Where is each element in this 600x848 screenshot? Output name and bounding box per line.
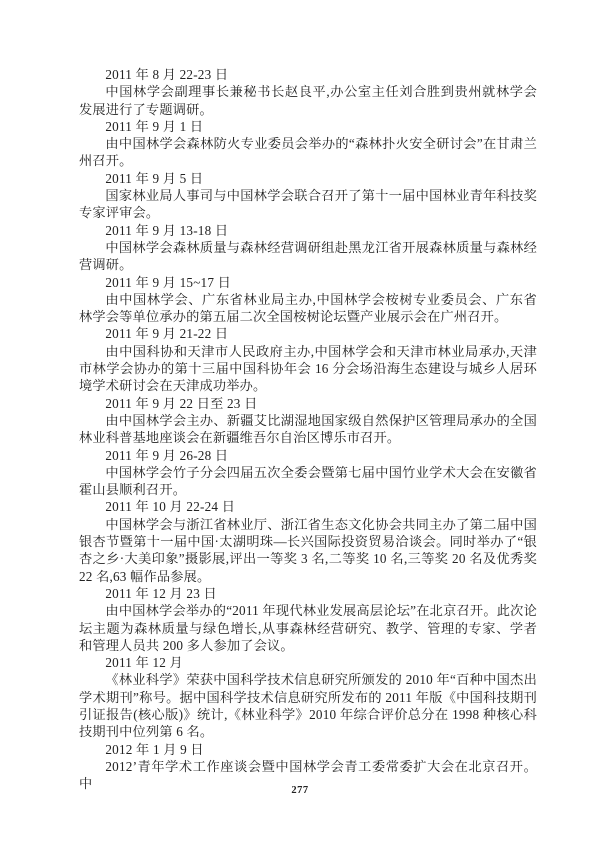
entry-date: 2011 年 9 月 1 日 (79, 118, 537, 135)
chronicle-entry: 2011 年 9 月 15~17 日 由中国林学会、广东省林业局主办,中国林学会… (79, 274, 537, 326)
entry-date: 2011 年 12 月 (79, 654, 537, 671)
entry-body: 由中国科协和天津市人民政府主办,中国林学会和天津市林业局承办,天津市林学会协办的… (79, 343, 537, 395)
entry-body: 《林业科学》荣获中国科学技术信息研究所颁发的 2010 年“百种中国杰出学术期刊… (79, 671, 537, 740)
chronicle-entry: 2011 年 10 月 22-24 日 中国林学会与浙江省林业厅、浙江省生态文化… (79, 498, 537, 584)
chronicle-entry: 2011 年 9 月 1 日 由中国林学会森林防火专业委员会举办的“森林扑火安全… (79, 118, 537, 170)
entry-body: 由中国林学会森林防火专业委员会举办的“森林扑火安全研讨会”在甘肃兰州召开。 (79, 135, 537, 170)
chronicle-entry: 2011 年 12 月 《林业科学》荣获中国科学技术信息研究所颁发的 2010 … (79, 654, 537, 740)
entry-body: 中国林学会森林质量与森林经营调研组赴黑龙江省开展森林质量与森林经营调研。 (79, 239, 537, 274)
entry-date: 2011 年 9 月 22 日至 23 日 (79, 395, 537, 412)
entry-date: 2011 年 9 月 15~17 日 (79, 274, 537, 291)
entry-date: 2012 年 1 月 9 日 (79, 741, 537, 758)
chronicle-entry: 2011 年 9 月 5 日 国家林业局人事司与中国林学会联合召开了第十一届中国… (79, 170, 537, 222)
entry-date: 2011 年 9 月 13-18 日 (79, 222, 537, 239)
chronicle-entry: 2011 年 9 月 26-28 日 中国林学会竹子分会四届五次全委会暨第七届中… (79, 447, 537, 499)
entry-body: 由中国林学会主办、新疆艾比湖湿地国家级自然保护区管理局承办的全国林业科普基地座谈… (79, 412, 537, 447)
chronicle-entry: 2011 年 8 月 22-23 日 中国林学会副理事长兼秘书长赵良平,办公室主… (79, 66, 537, 118)
entry-date: 2011 年 9 月 5 日 (79, 170, 537, 187)
entry-date: 2011 年 9 月 21-22 日 (79, 325, 537, 342)
entry-body: 由中国林学会、广东省林业局主办,中国林学会桉树专业委员会、广东省林学会等单位承办… (79, 291, 537, 326)
entry-date: 2011 年 9 月 26-28 日 (79, 447, 537, 464)
entry-body: 国家林业局人事司与中国林学会联合召开了第十一届中国林业青年科技奖专家评审会。 (79, 187, 537, 222)
entry-body: 中国林学会竹子分会四届五次全委会暨第七届中国竹业学术大会在安徽省霍山县顺利召开。 (79, 464, 537, 499)
chronicle-entry: 2011 年 12 月 23 日 由中国林学会举办的“2011 年现代林业发展高… (79, 585, 537, 654)
chronicle-entry: 2011 年 9 月 22 日至 23 日 由中国林学会主办、新疆艾比湖湿地国家… (79, 395, 537, 447)
document-page: 2011 年 8 月 22-23 日 中国林学会副理事长兼秘书长赵良平,办公室主… (0, 0, 600, 848)
chronicle-entry: 2011 年 9 月 21-22 日 由中国科协和天津市人民政府主办,中国林学会… (79, 325, 537, 394)
entry-date: 2011 年 8 月 22-23 日 (79, 66, 537, 83)
entry-date: 2011 年 10 月 22-24 日 (79, 498, 537, 515)
entry-body: 中国林学会与浙江省林业厅、浙江省生态文化协会共同主办了第二届中国银杏节暨第十一届… (79, 516, 537, 585)
page-number: 277 (0, 785, 600, 796)
chronicle-entry: 2011 年 9 月 13-18 日 中国林学会森林质量与森林经营调研组赴黑龙江… (79, 222, 537, 274)
chronicle-text-block: 2011 年 8 月 22-23 日 中国林学会副理事长兼秘书长赵良平,办公室主… (79, 66, 537, 792)
entry-body: 中国林学会副理事长兼秘书长赵良平,办公室主任刘合胜到贵州就林学会发展进行了专题调… (79, 83, 537, 118)
entry-body: 由中国林学会举办的“2011 年现代林业发展高层论坛”在北京召开。此次论坛主题为… (79, 602, 537, 654)
entry-date: 2011 年 12 月 23 日 (79, 585, 537, 602)
